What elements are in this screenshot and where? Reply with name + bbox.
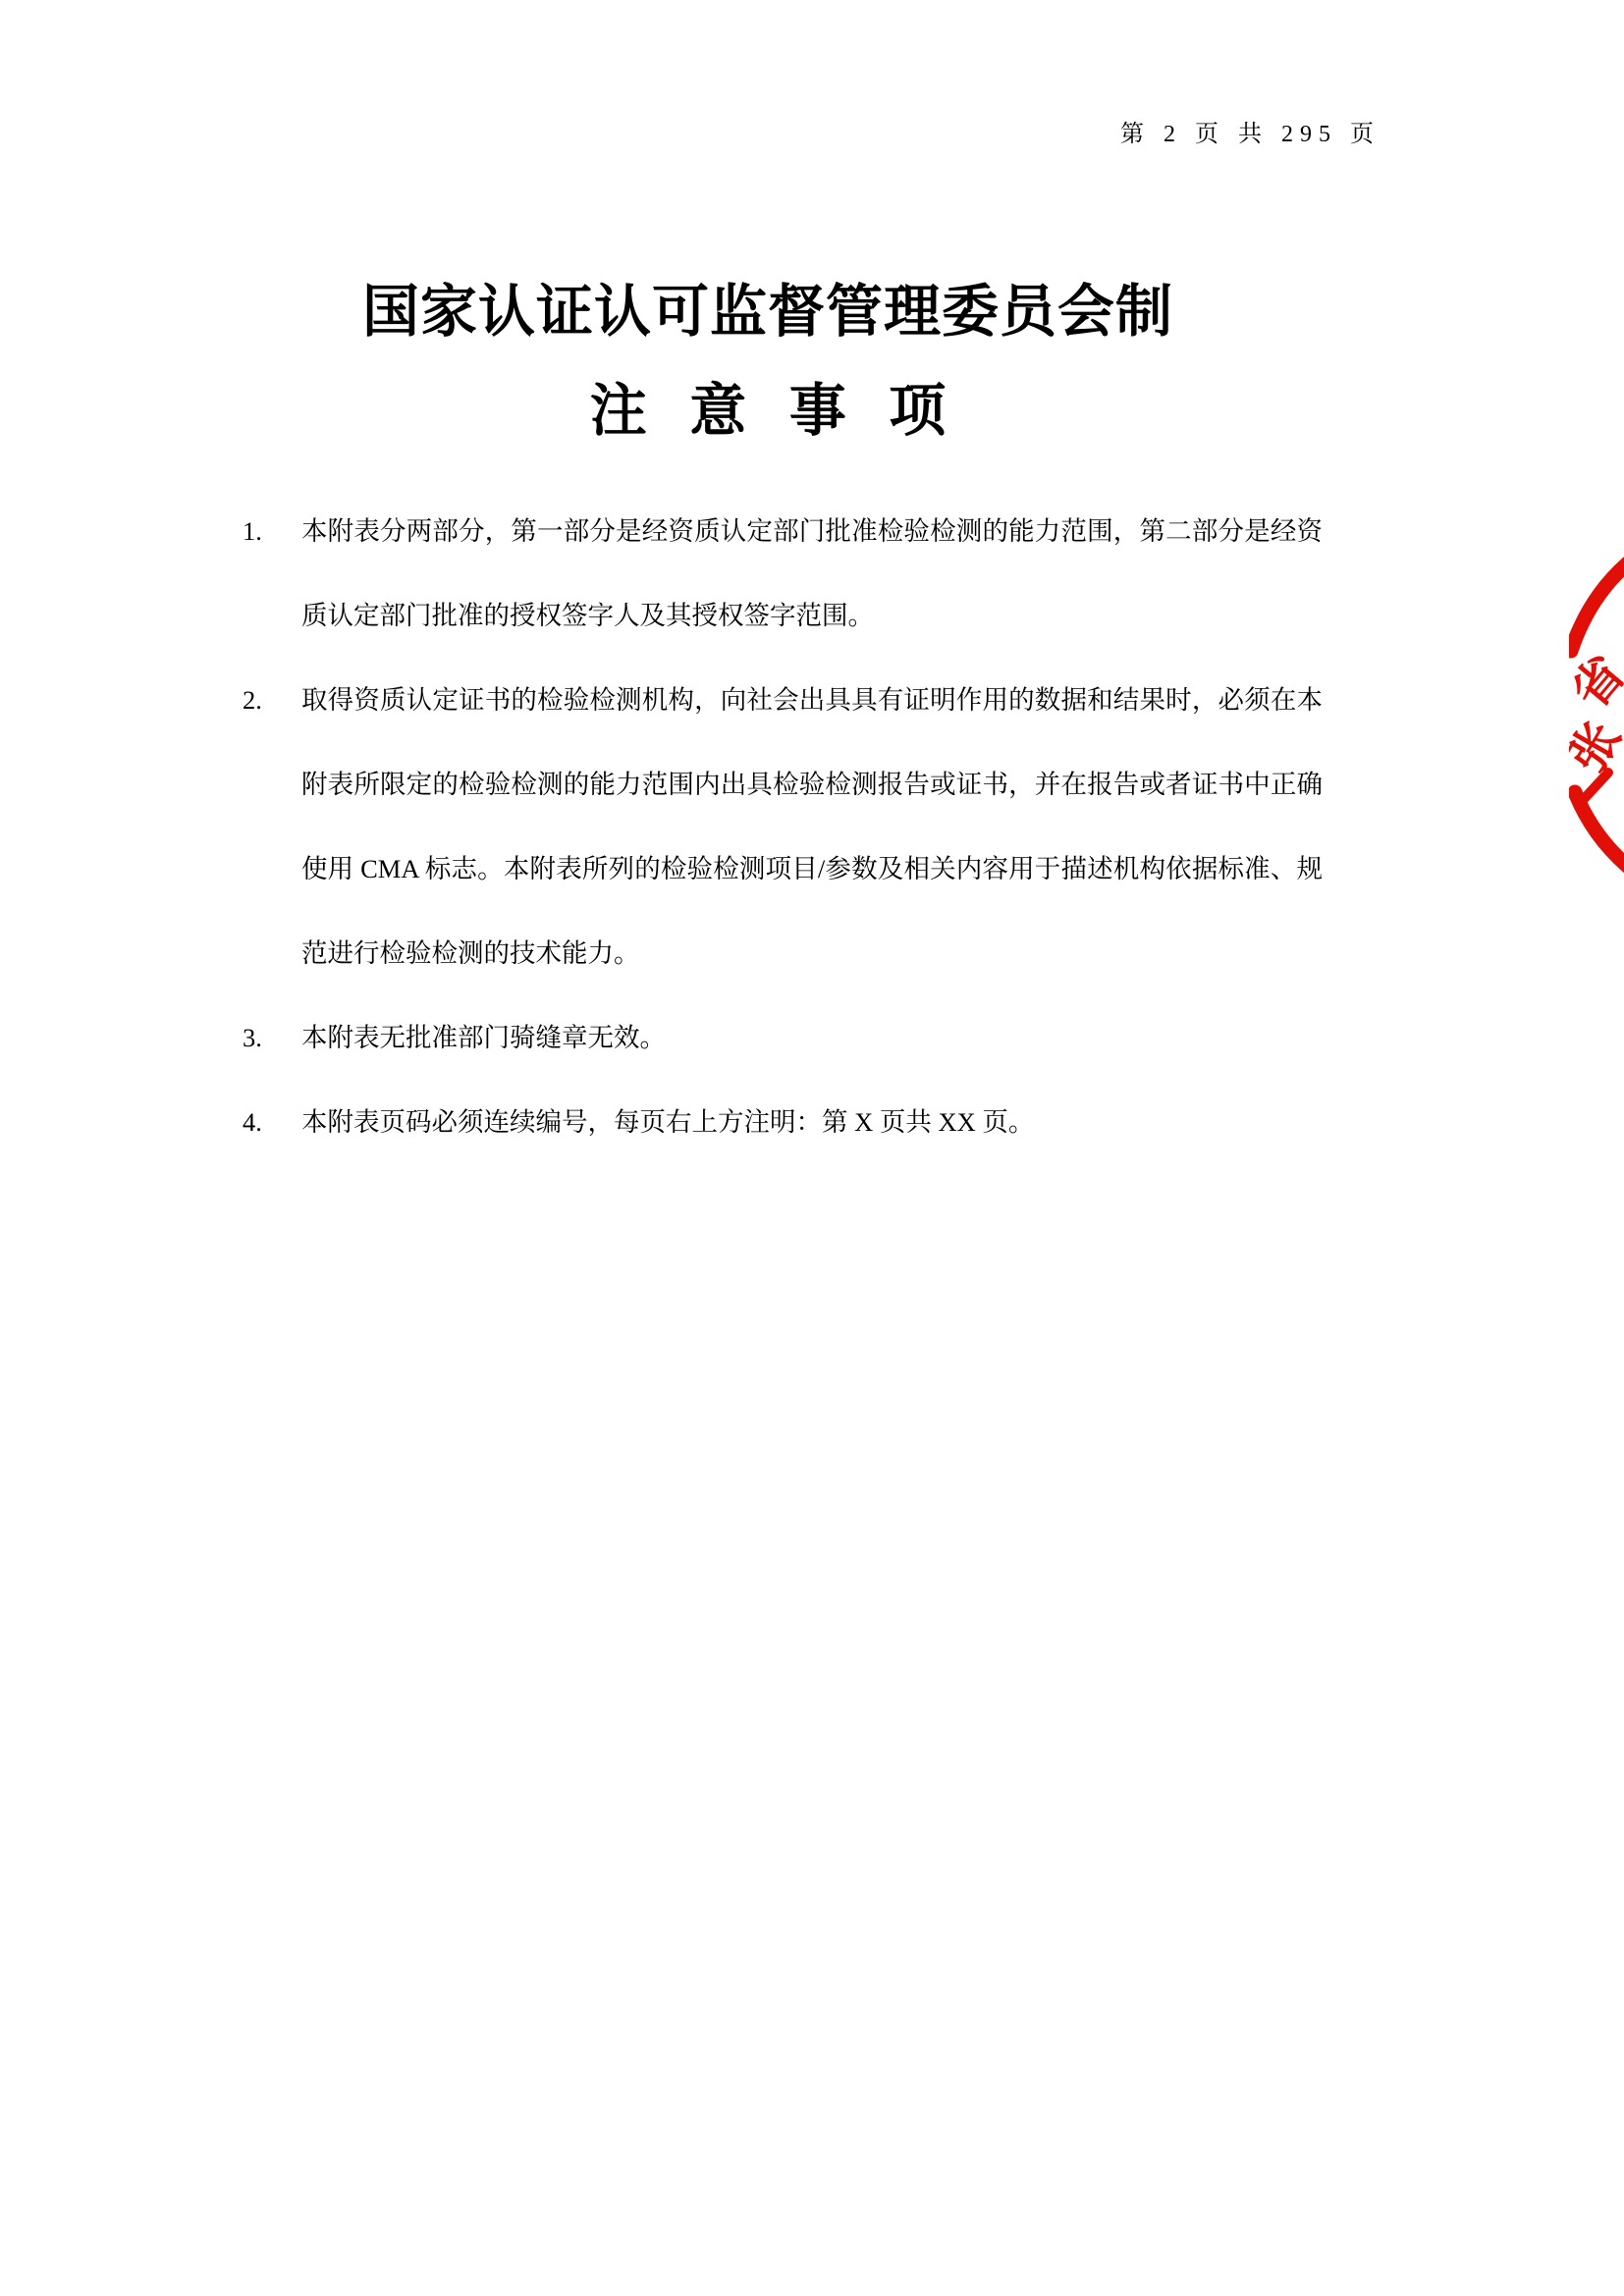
seal-arc-top <box>1571 557 1624 651</box>
seal-character: 省 <box>1569 646 1624 719</box>
list-item-text: 取得资质认定证书的检验检测机构，向社会出具具有证明作用的数据和结果时，必须在本附… <box>301 658 1323 995</box>
list-item: 3. 本附表无批准部门骑缝章无效。 <box>243 995 1323 1080</box>
seal-character: 张 <box>1569 712 1624 781</box>
list-item-text: 本附表分两部分，第一部分是经资质认定部门批准检验检测的能力范围，第二部分是经资质… <box>301 489 1323 658</box>
list-item-number: 3. <box>243 995 301 1080</box>
page-number: 第 2 页 共 295 页 <box>1120 114 1380 148</box>
page-subtitle: 注 意 事 项 <box>0 379 1624 445</box>
seal-arc-bottom <box>1575 792 1624 875</box>
seal-partial-glyph <box>1585 773 1608 798</box>
document-page: 第 2 页 共 295 页 国家认证认可监督管理委员会制 注 意 事 项 1. … <box>0 0 1624 2296</box>
list-item-number: 4. <box>243 1080 301 1164</box>
list-item-number: 2. <box>243 658 301 995</box>
list-item-text: 本附表页码必须连续编号，每页右上方注明：第 X 页共 XX 页。 <box>301 1080 1323 1164</box>
red-seal-stamp-icon: 省 张 <box>1569 545 1624 888</box>
list-item-number: 1. <box>243 489 301 658</box>
page-title: 国家认证认可监督管理委员会制 <box>0 280 1624 346</box>
list-item: 4. 本附表页码必须连续编号，每页右上方注明：第 X 页共 XX 页。 <box>243 1080 1323 1164</box>
notes-list: 1. 本附表分两部分，第一部分是经资质认定部门批准检验检测的能力范围，第二部分是… <box>243 489 1323 1164</box>
list-item-text: 本附表无批准部门骑缝章无效。 <box>301 995 1323 1080</box>
list-item: 1. 本附表分两部分，第一部分是经资质认定部门批准检验检测的能力范围，第二部分是… <box>243 489 1323 658</box>
list-item: 2. 取得资质认定证书的检验检测机构，向社会出具具有证明作用的数据和结果时，必须… <box>243 658 1323 995</box>
